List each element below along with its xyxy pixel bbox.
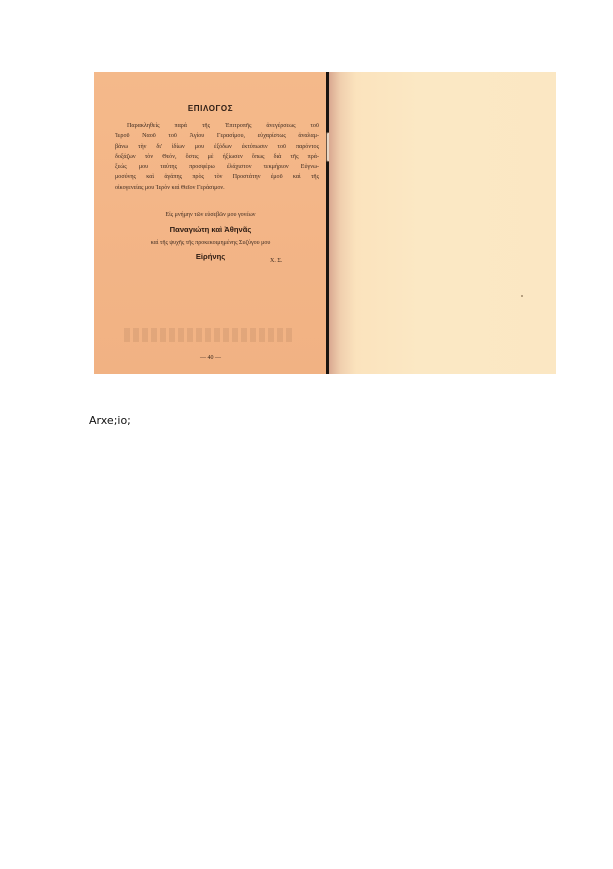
paragraph-line: δοξάζων τὸν Θεόν, ὅστις μὲ ἠξίωσεν ὅπως …: [115, 152, 319, 162]
caption-text: Arxe;io;: [89, 414, 131, 427]
dedication-line-spouse: καὶ τῆς ψυχῆς τῆς προκεκοιμημένης Συζύγο…: [94, 240, 327, 246]
paper-speck: [521, 295, 523, 297]
left-page: ΕΠΙΛΟΓΟΣ Παρακληθείς παρά τῆς Ἐπιτροπῆς …: [94, 72, 327, 374]
paragraph-line: Ἱεροῦ Ναοῦ τοῦ Ἁγίου Γερασίμου, εὐχαρίστ…: [115, 131, 319, 141]
dedication-name-spouse: Εἰρήνης: [94, 252, 327, 261]
right-page-blank: [329, 72, 556, 374]
paragraph-line: μοσύνης καὶ ἀγάπης πρὸς τὸν Προστάτην ἐμ…: [115, 172, 319, 182]
epilogue-paragraph: Παρακληθείς παρά τῆς Ἐπιτροπῆς ἀνεγέρσεω…: [115, 121, 319, 193]
bleed-through-text: [124, 328, 294, 342]
paragraph-line: οἰκογενείας μου Ἱερὸν καὶ Θεῖον Γεράσιμο…: [115, 183, 319, 193]
author-initials: Χ. Σ.: [270, 258, 282, 264]
paragraph-line: Παρακληθείς παρά τῆς Ἐπιτροπῆς ἀνεγέρσεω…: [115, 121, 319, 131]
page-number: — 40 —: [94, 355, 327, 361]
dedication-line-parents: Εἰς μνήμην τῶν εὐσεβῶν μου γονέων: [94, 212, 327, 218]
dedication-names-parents: Παναγιώτη καὶ Ἀθηνᾶς: [94, 225, 327, 234]
paragraph-line: βάνω τὴν δι' ἰδίων μου ἐξόδων ἐκτύπωσιν …: [115, 142, 319, 152]
scanned-book-spread: ΕΠΙΛΟΓΟΣ Παρακληθείς παρά τῆς Ἐπιτροπῆς …: [94, 72, 556, 374]
epilogue-title: ΕΠΙΛΟΓΟΣ: [94, 104, 327, 113]
paragraph-line: ξεώς μου ταύτης προσφέρω ἐλάχιστον τεκμή…: [115, 162, 319, 172]
